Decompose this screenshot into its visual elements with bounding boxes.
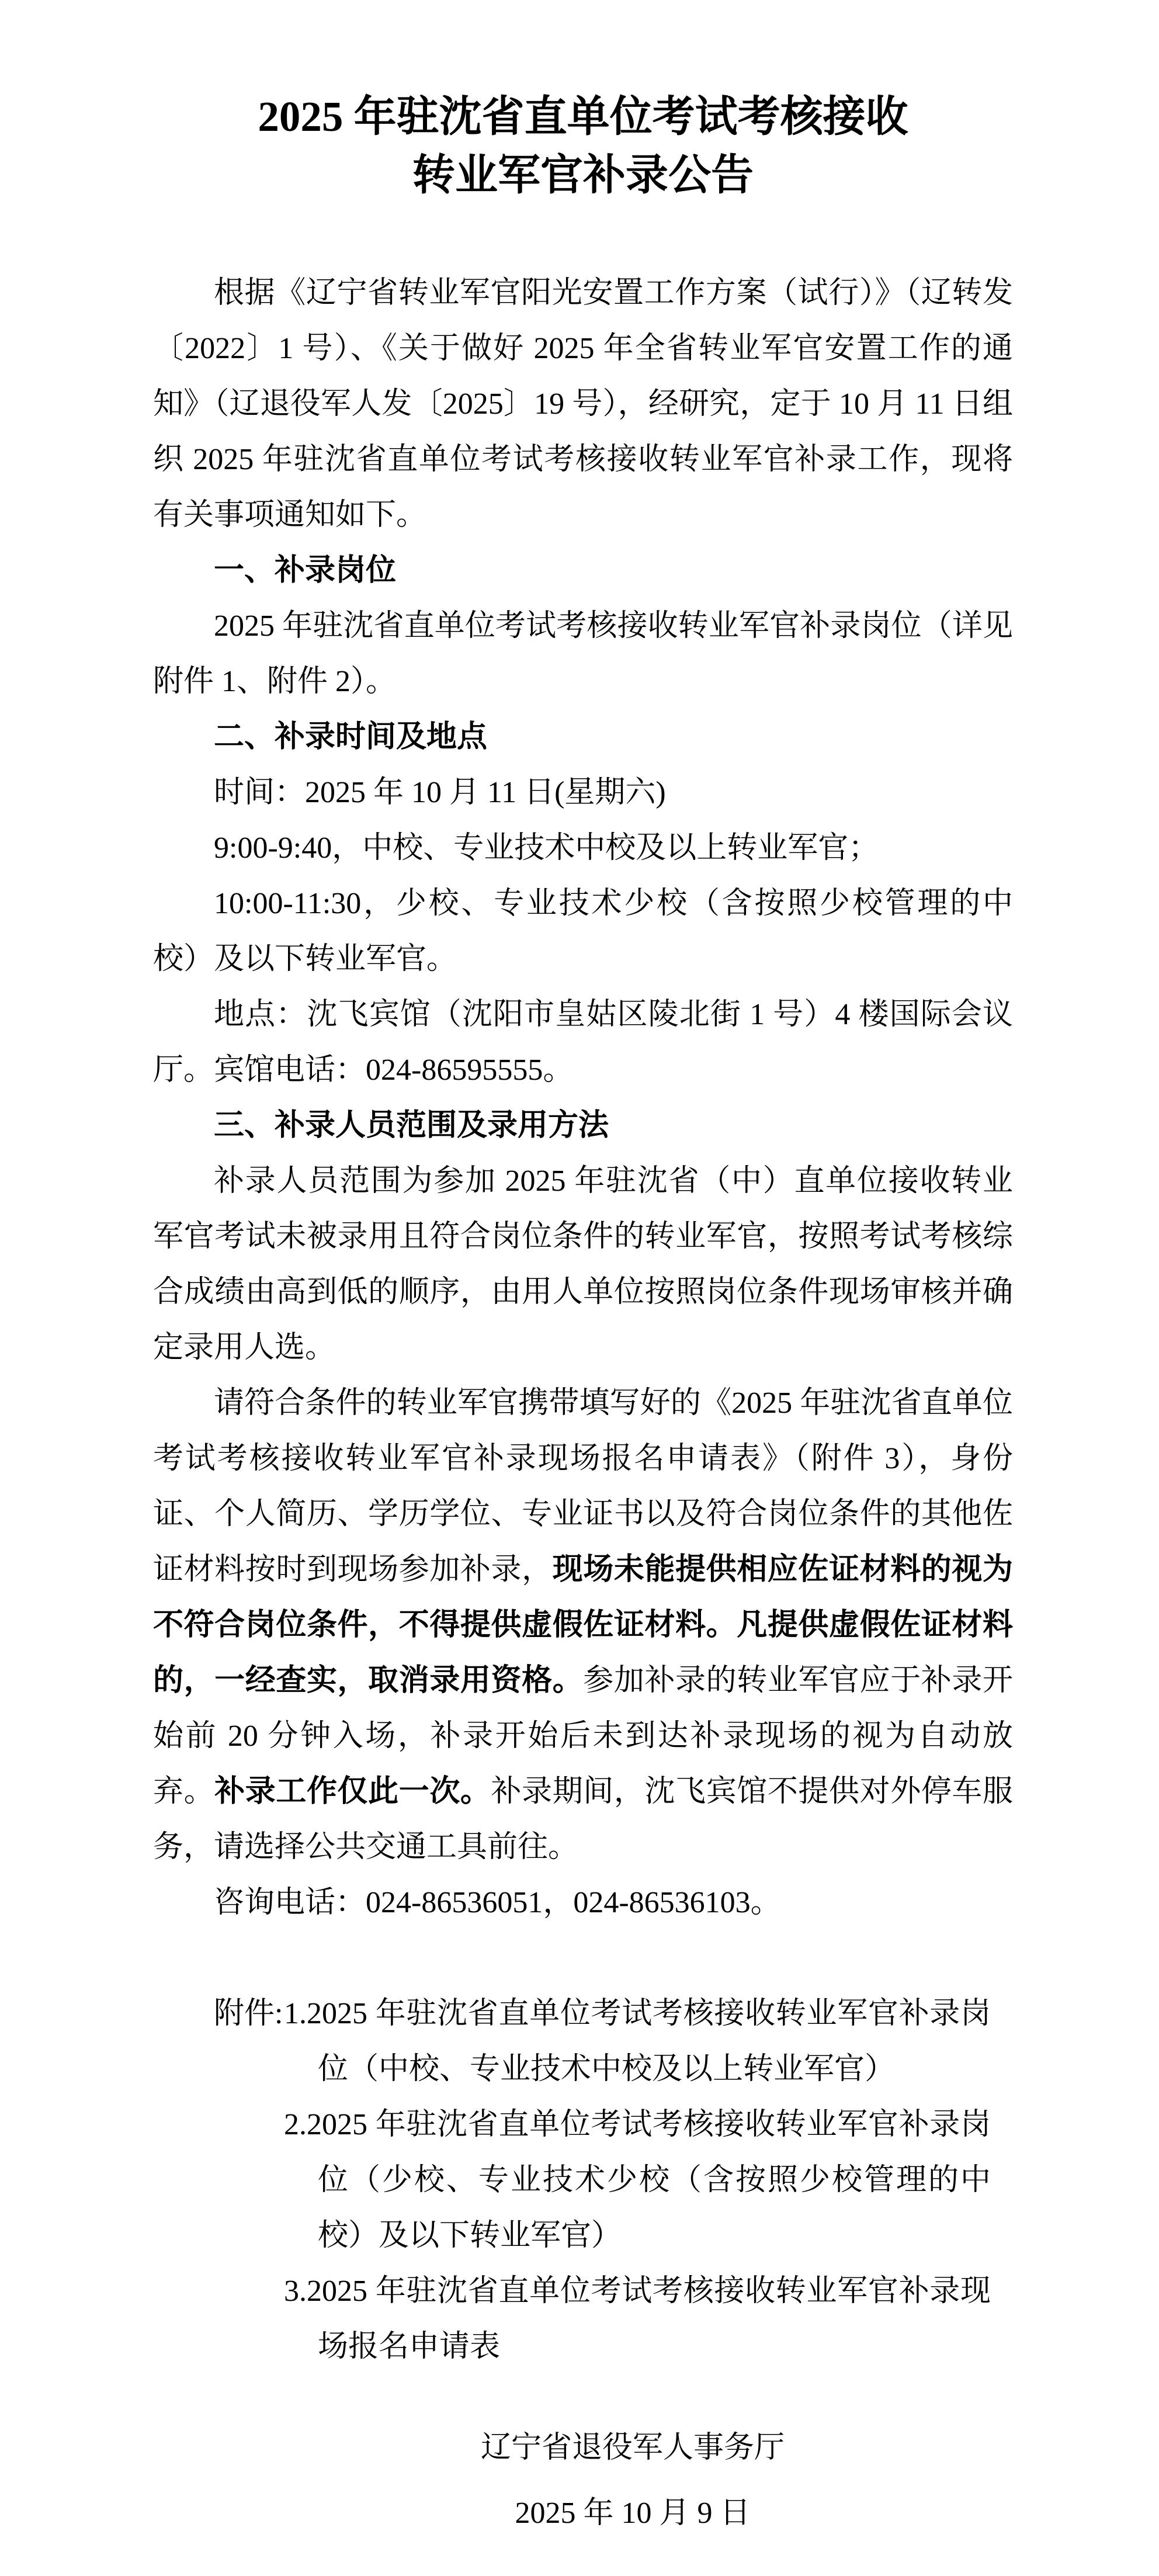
section-heading: 一、补录岗位	[153, 543, 1013, 598]
text-run: 时间：2025 年 10 月 11 日(星期六)	[214, 776, 666, 809]
signature-block: 辽宁省退役军人事务厅 2025 年 10 月 9 日	[153, 2415, 1013, 2546]
text-run: 地点：沈飞宾馆（沈阳市皇姑区陵北街 1 号）4 楼国际会议厅。宾馆电话：024-…	[153, 998, 1013, 1087]
text-run: 10:00-11:30，少校、专业技术少校（含按照少校管理的中校）及以下转业军官…	[153, 887, 1013, 976]
text-run: 咨询电话：024-86536051，024-86536103。	[214, 1886, 781, 1919]
body-paragraph: 9:00-9:40，中校、专业技术中校及以上转业军官；	[153, 820, 1013, 876]
attachments-block: 附件: 1.2025 年驻沈省直单位考试考核接收转业军官补录岗位（中校、专业技术…	[153, 1986, 1013, 2374]
section-heading: 二、补录时间及地点	[153, 709, 1013, 765]
text-run: 2025 年驻沈省直单位考试考核接收转业军官补录岗位（详见附件 1、附件 2）。	[153, 609, 1013, 698]
text-run: 9:00-9:40，中校、专业技术中校及以上转业军官；	[214, 831, 879, 865]
body-paragraph: 请符合条件的转业军官携带填写好的《2025 年驻沈省直单位考试考核接收转业军官补…	[153, 1375, 1013, 1875]
body-paragraph: 地点：沈飞宾馆（沈阳市皇姑区陵北街 1 号）4 楼国际会议厅。宾馆电话：024-…	[153, 987, 1013, 1098]
document-content: 2025 年驻沈省直单位考试考核接收转业军官补录公告 根据《辽宁省转业军官阳光安…	[0, 0, 1159, 2546]
document-title: 2025 年驻沈省直单位考试考核接收转业军官补录公告	[153, 88, 1013, 204]
attachments-label: 附件:	[153, 1986, 284, 2374]
document-title-line: 2025 年驻沈省直单位考试考核接收	[153, 88, 1013, 146]
body-paragraph: 时间：2025 年 10 月 11 日(星期六)	[153, 765, 1013, 820]
section-heading: 三、补录人员范围及录用方法	[153, 1098, 1013, 1153]
text-run: 补录人员范围为参加 2025 年驻沈省（中）直单位接收转业军官考试未被录用且符合…	[153, 1164, 1013, 1364]
bold-text-run: 补录工作仅此一次。	[214, 1775, 491, 1808]
attachment-item: 2.2025 年驻沈省直单位考试考核接收转业军官补录岗位（少校、专业技术少校（含…	[284, 2097, 991, 2263]
document-title-line: 转业军官补录公告	[153, 146, 1013, 204]
attachment-item: 1.2025 年驻沈省直单位考试考核接收转业军官补录岗位（中校、专业技术中校及以…	[284, 1986, 991, 2097]
body-paragraph: 2025 年驻沈省直单位考试考核接收转业军官补录岗位（详见附件 1、附件 2）。	[153, 598, 1013, 709]
body-paragraph: 10:00-11:30，少校、专业技术少校（含按照少校管理的中校）及以下转业军官…	[153, 876, 1013, 987]
attachments-list: 1.2025 年驻沈省直单位考试考核接收转业军官补录岗位（中校、专业技术中校及以…	[284, 1986, 991, 2374]
document-page: 2025 年驻沈省直单位考试考核接收转业军官补录公告 根据《辽宁省转业军官阳光安…	[0, 0, 1159, 2576]
document-body: 根据《辽宁省转业军官阳光安置工作方案（试行）》（辽转发〔2022〕1 号）、《关…	[153, 265, 1013, 1930]
attachment-item: 3.2025 年驻沈省直单位考试考核接收转业军官补录现场报名申请表	[284, 2263, 991, 2374]
body-paragraph: 根据《辽宁省转业军官阳光安置工作方案（试行）》（辽转发〔2022〕1 号）、《关…	[153, 265, 1013, 543]
body-paragraph: 咨询电话：024-86536051，024-86536103。	[153, 1875, 1013, 1930]
signature-issuer: 辽宁省退役军人事务厅	[252, 2415, 1013, 2481]
body-paragraph: 补录人员范围为参加 2025 年驻沈省（中）直单位接收转业军官考试未被录用且符合…	[153, 1153, 1013, 1375]
text-run: 根据《辽宁省转业军官阳光安置工作方案（试行）》（辽转发〔2022〕1 号）、《关…	[153, 276, 1013, 532]
signature-date: 2025 年 10 月 9 日	[252, 2481, 1013, 2546]
